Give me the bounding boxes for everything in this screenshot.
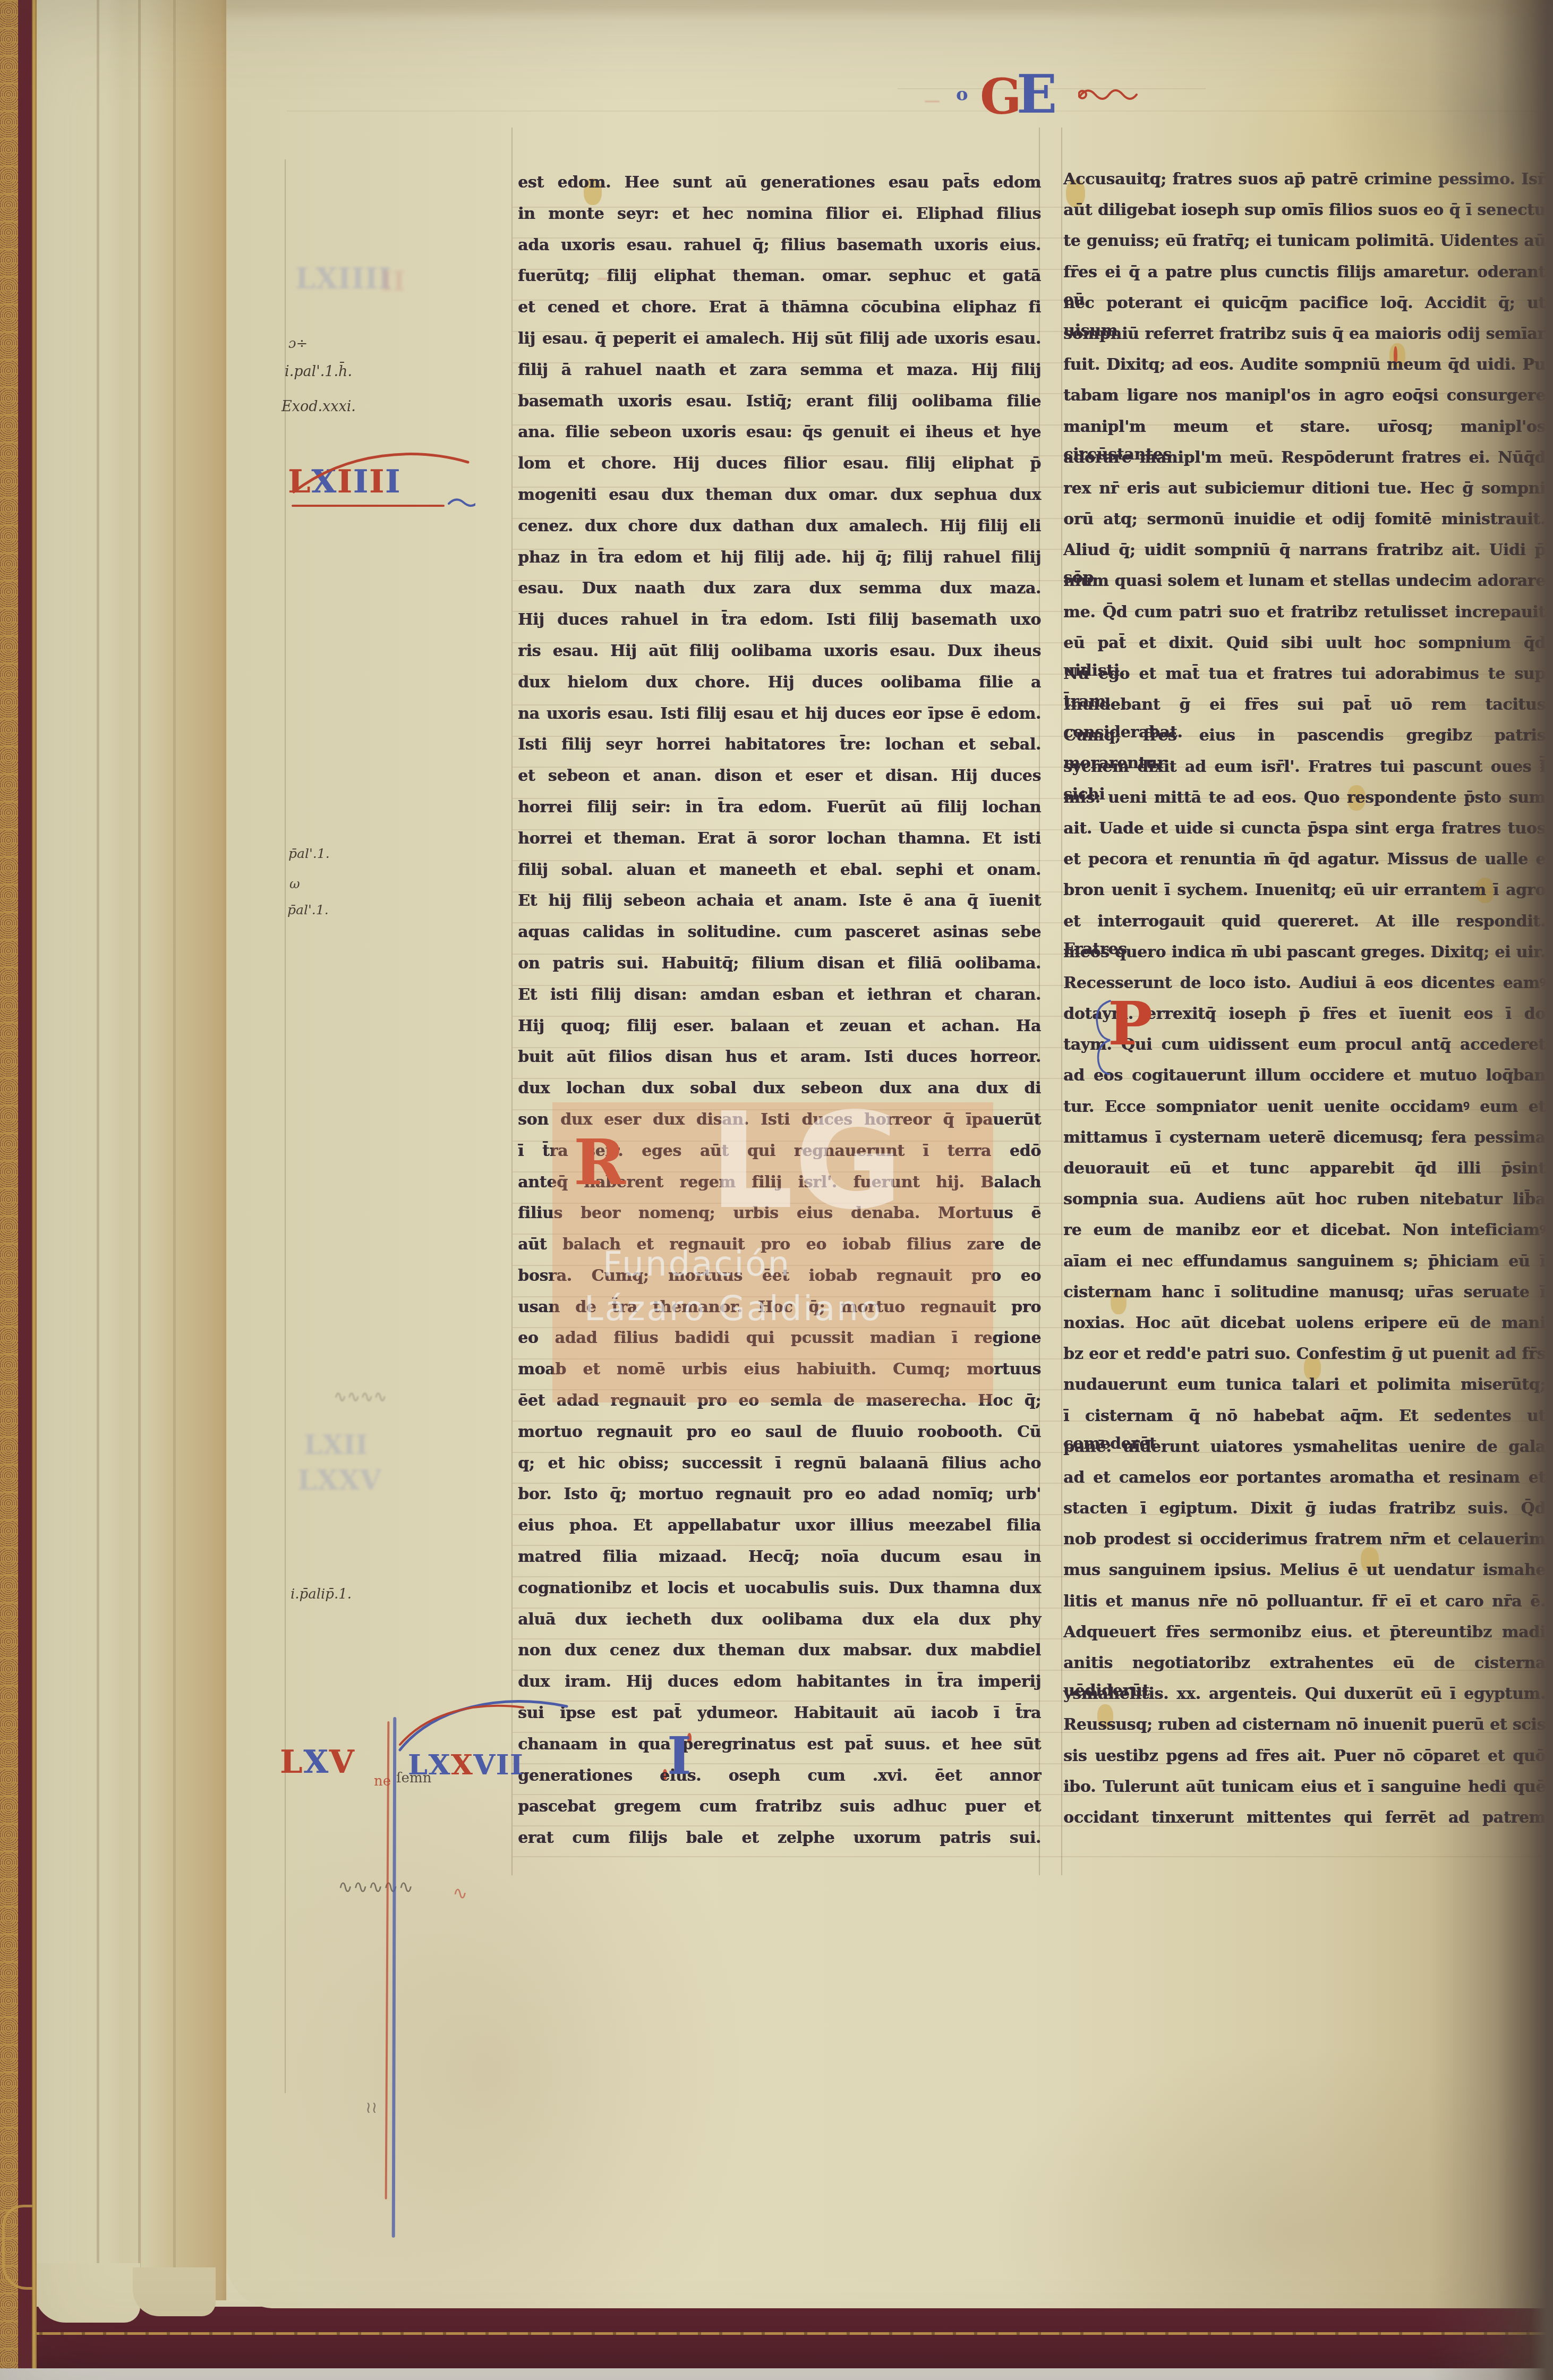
initial-p-filigree (1090, 997, 1114, 1076)
margin-annotation: i.p̄alip̄.1. (291, 1586, 352, 1602)
gold-tooling-pattern (0, 0, 18, 2380)
manuscript-text-line: Et isti filij disan: amdan esban et ieth… (518, 981, 1041, 1013)
margin-annotation: ω (289, 877, 300, 891)
manuscript-text-line: bor. Isto q̄; mortuo regnauit pro eo ada… (518, 1481, 1041, 1512)
manuscript-text-line: dux hielom dux chore. Hij duces oolibama… (518, 669, 1041, 700)
bleedthrough-mark: II (380, 266, 405, 297)
leather-binding-bottom (0, 2307, 1553, 2369)
manuscript-text-line: lij esau. q̄ peperit ei amalech. Hij sūt… (518, 325, 1041, 356)
leather-binding-left (0, 0, 34, 2380)
manuscript-text-line: mis: ueni mittā te ad eos. Quo responden… (1063, 784, 1546, 815)
manuscript-text-line: eo adad filius badidi qui pcussit madian… (518, 1324, 1041, 1356)
bleedthrough-mark: LXXV (297, 1464, 381, 1497)
manuscript-text-line: cenez. dux chore dux dathan dux amalech.… (518, 513, 1041, 544)
manuscript-text-line: sychem dixit ad eum isr̄l'. Fratres tui … (1063, 753, 1546, 784)
manuscript-text-line: bz eor et redd'e patri suo. Confestim ḡ … (1063, 1340, 1546, 1371)
manuscript-text-line: sui ipse est pat̄ ydumeor. Habitauit aū … (518, 1699, 1041, 1731)
manuscript-text-line: Inuidebant ḡ ei fr̄es sui pat̄ uō rem ta… (1063, 691, 1546, 722)
manuscript-text-line: Hij duces rahuel in t̄ra edom. Isti fili… (518, 606, 1041, 637)
manuscript-text-line: moab et nomē urbis eius habiuith. Cumq; … (518, 1356, 1041, 1387)
page-corner (133, 2267, 216, 2316)
margin-annotation: ɔ÷ (288, 336, 308, 352)
page-edge-ridge (138, 0, 141, 2300)
manuscript-text-line: na uxoris esau. Isti filij esau et hij d… (518, 700, 1041, 732)
manuscript-text-line: ī cisternam q̄ nō habebat aq̄m. Et seden… (1063, 1402, 1546, 1433)
manuscript-text-line: buit aūt filios disan hus et aram. Isti … (518, 1043, 1041, 1075)
manuscript-text-line: et sebeon et anan. dison et eser et disa… (518, 762, 1041, 794)
manuscript-text-line: Nū ego et mat̄ tua et fratres tui adorab… (1063, 660, 1546, 691)
manuscript-text-line: eū pat̄ et dixit. Quid sibi uult hoc som… (1063, 630, 1546, 660)
manuscript-text-line: ysmahelitis. xx. argenteis. Qui duxerūt … (1063, 1680, 1546, 1711)
manuscript-text-line: dux lochan dux sobal dux sebeon dux ana … (518, 1075, 1041, 1106)
gold-fillet-left (32, 0, 37, 2380)
bleedthrough-mark: ∿ (453, 1883, 468, 1904)
manuscript-text-line: fuit. Dixitq; ad eos. Audite sompniū meu… (1063, 351, 1546, 382)
gold-fillet-bottom (0, 2332, 1553, 2335)
manuscript-page-photo: o G E ɔ÷i.pal'.1.h̄.Exod.xxxi.p̄al'.1.ωp… (0, 0, 1553, 2380)
chapter-numeral-letter: X (303, 1744, 329, 1781)
manuscript-text-line: aluā dux iecheth dux oolibama dux ela du… (518, 1606, 1041, 1637)
chapter-64-flourish (289, 441, 475, 515)
chapter-numeral-letter: L (280, 1744, 303, 1781)
manuscript-text-line: Reussusq; ruben ad cisternam nō inuenit … (1063, 1711, 1546, 1742)
margin-annotation: p̄al'.1. (288, 846, 330, 861)
manuscript-text-line: noxias. Hoc aūt dicebat uolens eripere e… (1063, 1310, 1546, 1340)
manuscript-text-line: mus sanguinem ipsius. Melius ē ut uendat… (1063, 1557, 1546, 1587)
running-title-paraph: o (956, 84, 968, 105)
running-title-flourish (1078, 84, 1147, 105)
manuscript-text-line: meos quero indica m̄ ubi pascant greges.… (1063, 939, 1546, 970)
running-title-letter-e: E (1017, 63, 1057, 125)
manuscript-text-line: stacten ī egiptum. Dixit ḡ iudas fratrib… (1063, 1495, 1546, 1526)
manuscript-text-line: horrei filij seir: in t̄ra edom. Fuerūt … (518, 794, 1041, 825)
manuscript-text-line: cognationibz et locis et uocabulis suis.… (518, 1575, 1041, 1606)
manuscript-text-line: tur. Ecce sompniator uenit uenite occida… (1063, 1093, 1546, 1124)
manuscript-text-line: ad et camelos eor portantes aromatha et … (1063, 1464, 1546, 1495)
manuscript-text-line: tabam ligare nos manipl'os in agro eoq̄s… (1063, 382, 1546, 413)
manuscript-text-line: bron uenit ī sychem. Inuenitq; eū uir er… (1063, 877, 1546, 907)
manuscript-text-line: q; et hic obiss; successit ī regnū balaa… (518, 1450, 1041, 1481)
manuscript-text-line: occidant tinxerunt mittentes qui ferrēt … (1063, 1804, 1546, 1835)
chapter-65-flourish (396, 1685, 571, 1754)
bleedthrough-mark: ∿∿∿∿∿ (338, 1876, 413, 1898)
manuscript-text-line: nium quasi solem et lunam et stellas und… (1063, 567, 1546, 598)
manuscript-text-line: ana. filie sebeon uxoris esau: q̄s genui… (518, 419, 1041, 450)
manuscript-text-line: Et hij filij sebeon achaia et anam. Iste… (518, 887, 1041, 919)
manuscript-text-line: te genuiss; eū fratr̄q; ei tunicam polim… (1063, 227, 1546, 258)
ruling-line-vertical (1061, 127, 1062, 1875)
manuscript-text-line: mittamus ī cysternam ueterē dicemusq; fe… (1063, 1124, 1546, 1155)
manuscript-text-line: Isti filij seyr horrei habitatores t̄re:… (518, 731, 1041, 762)
manuscript-text-line: Hij quoq; filij eser. balaan et zeuan et… (518, 1013, 1041, 1044)
manuscript-text-line: ada uxoris esau. rahuel q̄; filius basem… (518, 232, 1041, 263)
manuscript-text-line: aīam ei nec effundamus sanguinem s; p̄hi… (1063, 1248, 1546, 1279)
manuscript-text-line: basemath uxoris esau. Istiq̄; erant fili… (518, 388, 1041, 419)
manuscript-text-line: erat cum filijs bale et zelphe uxorum pa… (518, 1824, 1041, 1856)
manuscript-text-line: litis et manus nr̄e nō polluantur. fr̄ e… (1063, 1588, 1546, 1619)
decorated-initial-i: I (667, 1725, 692, 1787)
manuscript-text-line: dux iram. Hij duces edom habitantes in t… (518, 1668, 1041, 1699)
page-edge-ridge (97, 0, 99, 2300)
manuscript-text-line: pascebat gregem cum fratribz suis adhuc … (518, 1793, 1041, 1824)
manuscript-text-line: aūt balach et regnauit pro eo iobab fili… (518, 1231, 1041, 1262)
page-edge-ridge (173, 0, 176, 2300)
manuscript-text-line: aūt diligebat ioseph sup omīs filios suo… (1063, 197, 1546, 227)
manuscript-text-line: bosra. Cumq; mortuus ēet iobab regnauit … (518, 1262, 1041, 1294)
manuscript-text-line: sis uestibz pgens ad fr̄es ait. Puer nō … (1063, 1742, 1546, 1773)
manuscript-text-line: fr̄es ei q̄ a patre plus cunctis filijs … (1063, 259, 1546, 290)
manuscript-text-line: eius phoa. Et appellabatur uxor illius m… (518, 1512, 1041, 1543)
manuscript-text-line: ad eos cogitauerunt illum occidere et mu… (1063, 1062, 1546, 1093)
manuscript-text-line: mortuo regnauit pro eo saul de fluuio ro… (518, 1418, 1041, 1450)
margin-annotation: p̄al'.1. (287, 902, 329, 917)
manuscript-text-line: cisternam hanc ī solitudine manusq; ur̄a… (1063, 1279, 1546, 1310)
stacked-page-edges (34, 0, 226, 2300)
manuscript-text-line: on patris sui. Habuitq̄; filium disan et… (518, 950, 1041, 981)
manuscript-text-line: phaz in t̄ra edom et hij filij ade. hij … (518, 544, 1041, 575)
manuscript-text-line: nob prodest si occiderimus fratrem nr̄m … (1063, 1526, 1546, 1557)
manuscript-text-line: nudauerunt eum tunica talari et polimita… (1063, 1371, 1546, 1402)
manuscript-text-line: Aliud q̄; uidit sompniū q̄ narrans fratr… (1063, 537, 1546, 567)
manuscript-text-line: Cumq; fr̄es eius in pascendis gregibz pa… (1063, 722, 1546, 753)
manuscript-text-line: re eum de manibz eor et dicebat. Non int… (1063, 1217, 1546, 1247)
manuscript-text-line: lom et chore. Hij duces filior esau. fil… (518, 450, 1041, 481)
manuscript-text-line: ēet adad regnauit pro eo semla de masere… (518, 1387, 1041, 1418)
manuscript-text-line: aquas calidas in solitudine. cum pascere… (518, 919, 1041, 950)
manuscript-text-line: sompnia sua. Audiens aūt hoc ruben niteb… (1063, 1186, 1546, 1217)
running-title-letter-g: G (980, 68, 1022, 125)
page-corner (34, 2263, 140, 2323)
manuscript-text-line: panē: uiderunt uiatores ysmahelitas ueni… (1063, 1433, 1546, 1464)
manuscript-text-line: Adqueuert fr̄es sermonibz eius. et p̄ter… (1063, 1619, 1546, 1650)
photo-backing-strip (0, 2368, 1553, 2380)
manuscript-text-line: filius beor nomenq; urbis eius denaba. M… (518, 1200, 1041, 1231)
manuscript-text-line: orū atq; sermonū inuidie et odij fomitē … (1063, 506, 1546, 537)
ruling-line-vertical (511, 127, 513, 1875)
manuscript-text-line: generationes eius. oseph cum .xvi. ēet a… (518, 1762, 1041, 1793)
chapter-numeral-letter: V (329, 1744, 355, 1781)
decorated-initial-r: R (574, 1125, 626, 1199)
ruling-line-top (287, 110, 1547, 112)
bleedthrough-mark: LXII (304, 1429, 368, 1460)
decorated-initial-p: P (1108, 989, 1153, 1059)
manuscript-text-line: est edom. Hee sunt aū generationes esau … (518, 169, 1041, 200)
manuscript-text-line: deuorauit eū et tunc apparebit q̄d illi … (1063, 1155, 1546, 1186)
manuscript-text-line: mogeniti esau dux theman dux omar. dux s… (518, 481, 1041, 513)
manuscript-text-line: adorare manipl'm meū. Respōderunt fratre… (1063, 444, 1546, 475)
manuscript-text-line: filij sobal. aluan et maneeth et ebal. s… (518, 856, 1041, 888)
manuscript-text-line: fuerūtq; filij eliphat theman. omar. sep… (518, 262, 1041, 294)
manuscript-text-line: et interrogauit quid quereret. At ille r… (1063, 908, 1546, 939)
manuscript-text-line: sompniū referret fratribz suis q̄ ea mai… (1063, 320, 1546, 351)
manuscript-text-line: in monte seyr: et hec nomina filior ei. … (518, 200, 1041, 232)
manuscript-text-line: usan de t̄ra themanor. Hoc q̄; mortuo re… (518, 1294, 1041, 1325)
manuscript-text-line: ait. Uade et uide si cuncta p̄spa sint e… (1063, 815, 1546, 846)
manuscript-text-line: Accusauitq; fratres suos ap̄ patrē crimi… (1063, 166, 1546, 197)
manuscript-text-line: et cened et chore. Erat ā thāmna cōcubin… (518, 294, 1041, 325)
gold-corner-ornament (2, 2205, 32, 2290)
bleedthrough-mark: — (924, 91, 940, 110)
manuscript-text-line: manipl'm meum et stare. ur̄osq; manipl'o… (1063, 413, 1546, 444)
manuscript-text-line: esau. Dux naath dux zara dux semma dux m… (518, 575, 1041, 606)
manuscript-text-line: et pecora et renuntia m̄ q̄d agatur. Mis… (1063, 846, 1546, 877)
manuscript-text-line: ris esau. Hij aūt filij oolibama uxoris … (518, 637, 1041, 669)
manuscript-text-line: rex nr̄ eris aut subiciemur ditioni tue.… (1063, 475, 1546, 506)
manuscript-text-line: chanaam in qua peregrinatus est pat̄ suu… (518, 1731, 1041, 1762)
manuscript-text-line: matred filia mizaad. Hecq̄; noīa ducum e… (518, 1543, 1041, 1575)
manuscript-text-line: filij ā rahuel naath et zara semma et ma… (518, 356, 1041, 388)
manuscript-text-line: me. Q̄d cum patri suo et fratribz retuli… (1063, 599, 1546, 630)
chapter-numeral: LXV (280, 1744, 355, 1781)
manuscript-text-line: non dux cenez dux theman dux mabsar. dux… (518, 1637, 1041, 1668)
ruling-line-vertical (285, 159, 286, 2093)
manuscript-text-line: horrei et theman. Erat ā soror lochan th… (518, 825, 1041, 856)
bleedthrough-mark: ≀≀ (365, 2098, 378, 2117)
text-column-left: est edom. Hee sunt aū generationes esau … (518, 169, 1041, 1856)
margin-annotation: i.pal'.1.h̄. (285, 363, 352, 380)
manuscript-text-line: nec poterant ei quicq̄m pacifice loq̄. A… (1063, 290, 1546, 320)
manuscript-text-line: anitis negotiatoribz extrahentes eū de c… (1063, 1650, 1546, 1680)
margin-annotation: Exod.xxxi. (281, 398, 356, 415)
manuscript-text-line: ibo. Tulerunt aūt tunicam eius et ī sang… (1063, 1773, 1546, 1804)
bleedthrough-mark: LXIIII (295, 261, 391, 295)
bleedthrough-mark: ∿∿∿∿ (334, 1388, 387, 1406)
